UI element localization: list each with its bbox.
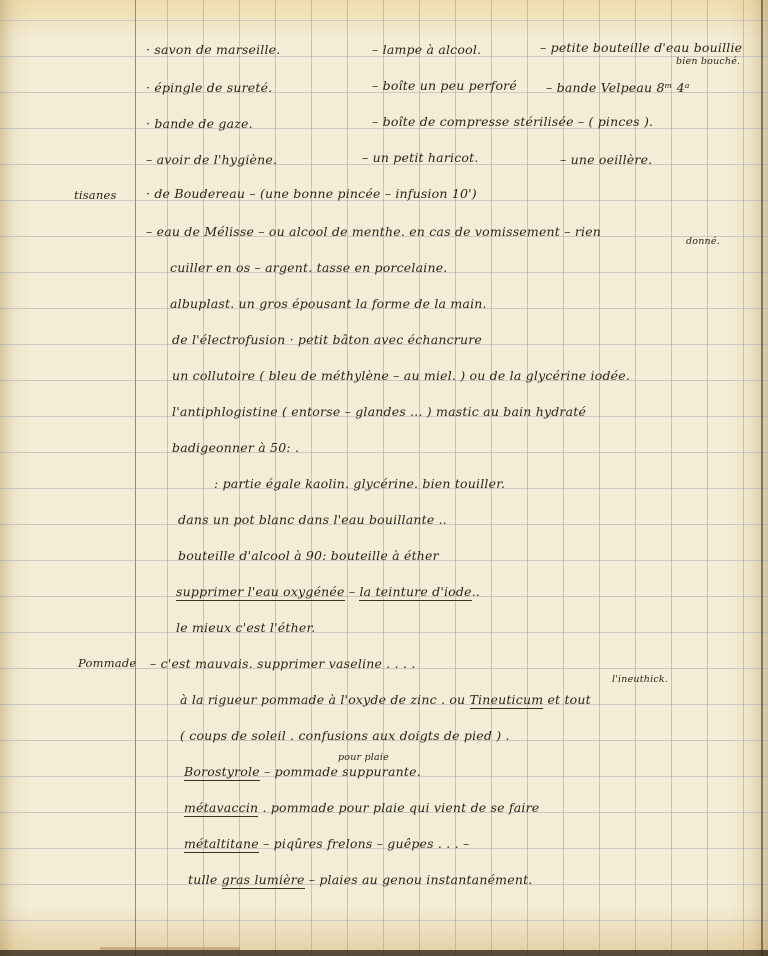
line-8: albuplast. un gros épousant la forme de …	[170, 296, 487, 311]
line-24-text: – plaies au genou instantanément.	[309, 872, 533, 887]
line-22-text: . pommade pour plaie qui vient de se fai…	[262, 800, 539, 815]
red-margin-line	[135, 0, 136, 956]
line-17: le mieux c'est l'éther.	[176, 620, 315, 635]
line-1-note: bien bouché.	[676, 56, 740, 67]
line-4-col-2: – un petit haricot.	[362, 150, 479, 165]
line-21-text: – pommade suppurante.	[264, 764, 421, 779]
line-7: cuiller en os – argent. tasse en porcela…	[170, 260, 447, 275]
underlined-phrase-2: la teinture d'iode	[359, 584, 471, 601]
line-19-note: l'ineuthick.	[612, 674, 668, 685]
line-12: badigeonner à 50: .	[172, 440, 299, 455]
underlined-borostyrole: Borostyrole	[184, 764, 260, 781]
line-3-col-1: · bande de gaze.	[146, 116, 253, 131]
line-23-text: – piqûres frelons – guêpes . . . –	[263, 836, 469, 851]
line-19: à la rigueur pommade à l'oxyde de zinc .…	[180, 692, 591, 707]
line-18: – c'est mauvais. supprimer vaseline . . …	[150, 656, 416, 671]
underlined-metaltitane: métaltitane	[184, 836, 259, 853]
line-10: un collutoire ( bleu de méthylène – au m…	[172, 368, 630, 383]
line-2-col-2: – boîte un peu perforé	[372, 78, 517, 93]
page-bottom-edge	[0, 950, 768, 956]
line-24-pre: tulle	[188, 872, 217, 887]
notebook-page: · savon de marseille. – lampe à alcool. …	[0, 0, 768, 956]
line-23: métaltitane – piqûres frelons – guêpes .…	[184, 836, 469, 851]
underlined-phrase-1: supprimer l'eau oxygénée	[176, 584, 345, 601]
line-14: dans un pot blanc dans l'eau bouillante …	[178, 512, 447, 527]
separator: –	[345, 584, 360, 599]
line-16: supprimer l'eau oxygénée – la teinture d…	[176, 584, 480, 599]
line-22: métavaccin . pommade pour plaie qui vien…	[184, 800, 539, 815]
underlined-tineuticum: Tineuticum	[470, 692, 544, 709]
line-19-post: et tout	[547, 692, 590, 707]
line-9: de l'électrofusion · petit bâton avec éc…	[172, 332, 482, 347]
line-13: : partie égale kaolin. glycérine. bien t…	[214, 476, 505, 491]
line-21: Borostyrole – pommade suppurante.	[184, 764, 421, 779]
line-1-col-1: · savon de marseille.	[146, 42, 280, 57]
line-1-col-2: – lampe à alcool.	[372, 42, 481, 57]
line-4-col-1: – avoir de l'hygiène.	[146, 152, 277, 167]
line-24: tulle gras lumière – plaies au genou ins…	[188, 872, 532, 887]
underlined-gras-lumiere: gras lumière	[222, 872, 305, 889]
line-4-col-3: – une oeillère.	[560, 152, 652, 167]
line-1-col-3: – petite bouteille d'eau bouillie	[540, 40, 742, 55]
tail: ..	[472, 584, 480, 599]
line-2-col-3: – bande Velpeau 8ᵐ 4ᵃ	[546, 80, 690, 95]
page-right-edge	[761, 0, 763, 956]
line-5: · de Boudereau – (une bonne pincée – inf…	[146, 186, 477, 201]
line-2-col-1: · épingle de sureté.	[146, 80, 272, 95]
line-3-col-2: – boîte de compresse stérilisée – ( pinc…	[372, 114, 653, 129]
line-6: – eau de Mélisse – ou alcool de menthe. …	[146, 224, 601, 239]
line-11: l'antiphlogistine ( entorse – glandes ..…	[172, 404, 586, 419]
line-19-pre: à la rigueur pommade à l'oxyde de zinc .…	[180, 692, 465, 707]
line-15: bouteille d'alcool à 90: bouteille à éth…	[178, 548, 439, 563]
line-6-note: donné.	[686, 236, 720, 247]
margin-label-pommade: Pommade	[78, 656, 136, 670]
underlined-metavaccin: métavaccin	[184, 800, 258, 817]
line-20: ( coups de soleil . confusions aux doigt…	[180, 728, 510, 743]
line-21-note: pour plaie	[338, 752, 389, 763]
margin-label-tisanes: tisanes	[74, 188, 117, 202]
